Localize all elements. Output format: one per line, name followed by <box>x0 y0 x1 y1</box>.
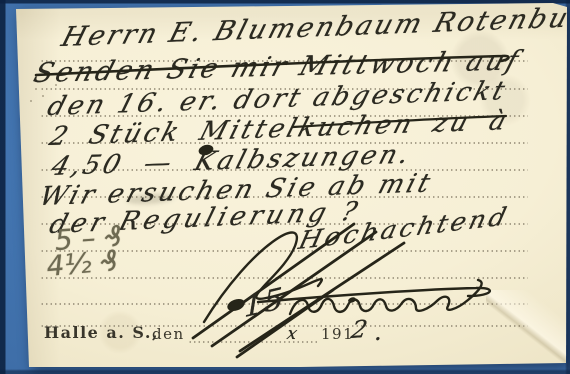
printed-place-label: Halle a. S., <box>44 323 159 342</box>
postcard-wrapper: Herrn E. Blumenbaum Rotenburg Senden Sie… <box>0 0 570 374</box>
underline-stroke <box>293 116 506 127</box>
address-underline-stroke <box>36 56 509 75</box>
ink-blot <box>197 143 214 157</box>
printed-year-prefix: 191 <box>321 325 354 343</box>
handwriting-period: . <box>374 318 384 346</box>
ink-strokes <box>0 0 570 374</box>
postcard: Herrn E. Blumenbaum Rotenburg Senden Sie… <box>0 0 570 374</box>
photo-background: Herrn E. Blumenbaum Rotenburg Senden Sie… <box>0 0 570 374</box>
printed-den-label: den <box>152 325 185 343</box>
